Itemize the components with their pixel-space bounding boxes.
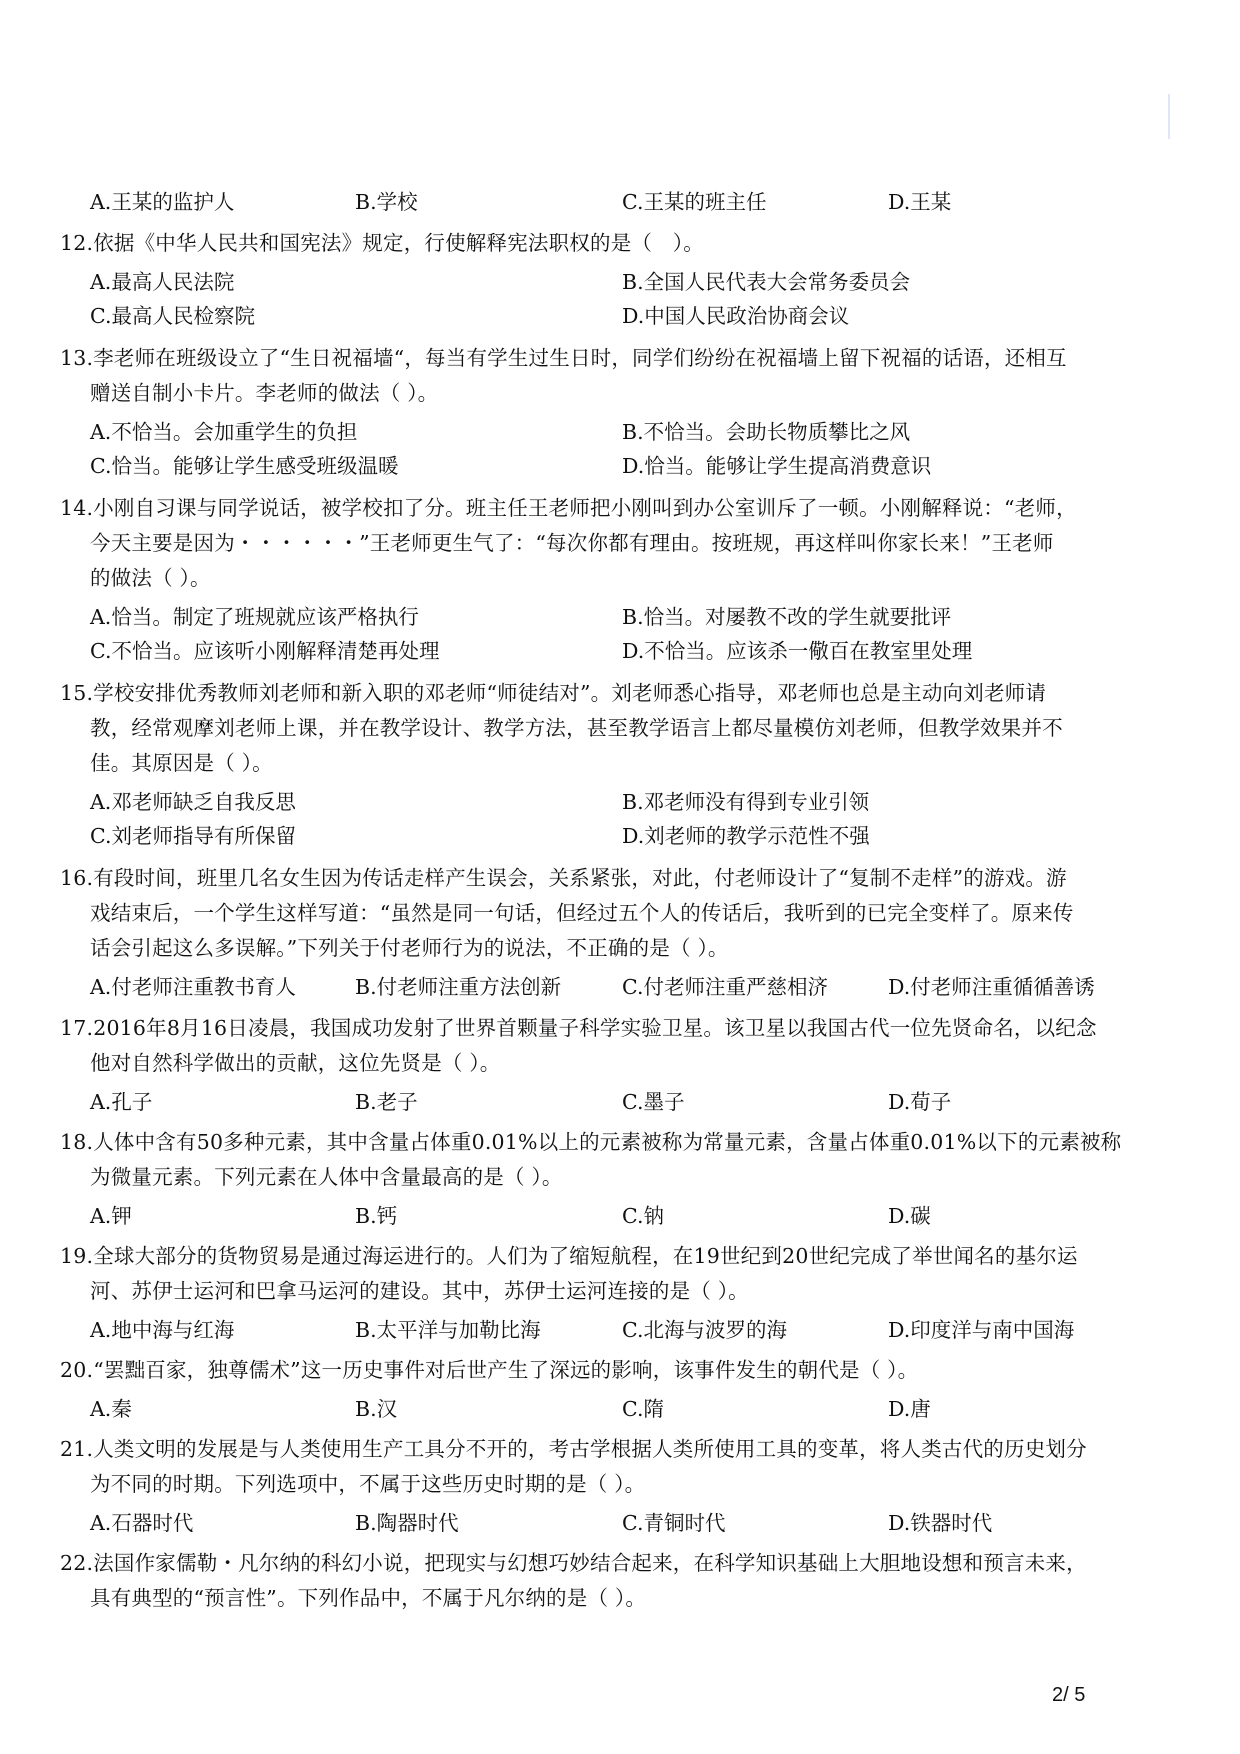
option-d: D.碳 <box>888 1202 931 1230</box>
option-d: D.铁器时代 <box>888 1509 992 1537</box>
option-b: B.付老师注重方法创新 <box>355 973 561 1001</box>
question-stem: 16.有段时间，班里几名女生因为传话走样产生误会，关系紧张，对此，付老师设计了“… <box>60 864 1067 892</box>
question-stem: 19.全球大部分的货物贸易是通过海运进行的。人们为了缩短航程，在19世纪到20世… <box>60 1242 1078 1270</box>
option-d: D.不恰当。应该杀一儆百在教室里处理 <box>622 637 972 665</box>
question-stem: 20.“罢黜百家，独尊儒术”这一历史事件对后世产生了深远的影响，该事件发生的朝代… <box>60 1356 918 1384</box>
question-stem-cont: 今天主要是因为・・・・・・”王老师更生气了：“每次你都有理由。按班规，再这样叫你… <box>90 529 1054 557</box>
option-a: A.邓老师缺乏自我反思 <box>90 788 296 816</box>
option-b: B.不恰当。会助长物质攀比之风 <box>622 418 910 446</box>
question-stem-cont: 教，经常观摩刘老师上课，并在教学设计、教学方法，甚至教学语言上都尽量模仿刘老师，… <box>90 714 1063 742</box>
option-c: C.恰当。能够让学生感受班级温暖 <box>90 452 398 480</box>
option-b: B.陶器时代 <box>355 1509 459 1537</box>
option-a: A.最高人民法院 <box>90 268 234 296</box>
question-stem: 18.人体中含有50多种元素，其中含量占体重0.01%以上的元素被称为常量元素，… <box>60 1128 1121 1156</box>
option-c: C.刘老师指导有所保留 <box>90 822 296 850</box>
question-stem: 15.学校安排优秀教师刘老师和新入职的邓老师“师徒结对”。刘老师悉心指导，邓老师… <box>60 679 1046 707</box>
option-c: C.付老师注重严慈相济 <box>622 973 828 1001</box>
option-b: B.全国人民代表大会常务委员会 <box>622 268 910 296</box>
option-c: C.青铜时代 <box>622 1509 725 1537</box>
option-a: A.石器时代 <box>90 1509 193 1537</box>
option-c: C.钠 <box>622 1202 664 1230</box>
question-stem-cont: 佳。其原因是（ ）。 <box>90 749 273 777</box>
option-d: D.王某 <box>888 188 951 216</box>
question-stem: 21.人类文明的发展是与人类使用生产工具分不开的，考古学根据人类所使用工具的变革… <box>60 1435 1087 1463</box>
question-stem-cont: 赠送自制小卡片。李老师的做法（ ）。 <box>90 379 438 407</box>
scan-edge-mark <box>1168 94 1170 139</box>
option-c: C.北海与波罗的海 <box>622 1316 787 1344</box>
question-stem: 22.法国作家儒勒・凡尔纳的科幻小说，把现实与幻想巧妙结合起来，在科学知识基础上… <box>60 1549 1087 1577</box>
question-stem-cont: 为微量元素。下列元素在人体中含量最高的是（ ）。 <box>90 1163 563 1191</box>
option-a: A.恰当。制定了班规就应该严格执行 <box>90 603 419 631</box>
option-b: B.太平洋与加勒比海 <box>355 1316 541 1344</box>
option-b: B.老子 <box>355 1088 418 1116</box>
question-stem-cont: 话会引起这么多误解。”下列关于付老师行为的说法，不正确的是（ ）。 <box>90 934 729 962</box>
option-d: D.付老师注重循循善诱 <box>888 973 1095 1001</box>
option-c: C.王某的班主任 <box>622 188 766 216</box>
question-stem-cont: 他对自然科学做出的贡献，这位先贤是（ ）。 <box>90 1049 500 1077</box>
question-stem-cont: 为不同的时期。下列选项中，不属于这些历史时期的是（ ）。 <box>90 1470 645 1498</box>
question-stem: 14.小刚自习课与同学说话，被学校扣了分。班主任王老师把小刚叫到办公室训斥了一顿… <box>60 494 1077 522</box>
question-stem-cont: 戏结束后，一个学生这样写道：“虽然是同一句话，但经过五个人的传话后，我听到的已完… <box>90 899 1074 927</box>
option-c: C.不恰当。应该听小刚解释清楚再处理 <box>90 637 439 665</box>
option-a: A.王某的监护人 <box>90 188 234 216</box>
question-stem-cont: 具有典型的“预言性”。下列作品中，不属于凡尔纳的是（ ）。 <box>90 1584 646 1612</box>
option-b: B.恰当。对屡教不改的学生就要批评 <box>622 603 951 631</box>
option-d: D.荀子 <box>888 1088 951 1116</box>
option-a: A.孔子 <box>90 1088 152 1116</box>
question-stem-cont: 的做法（ ）。 <box>90 564 211 592</box>
option-a: A.钾 <box>90 1202 132 1230</box>
question-stem: 17.2016年8月16日凌晨，我国成功发射了世界首颗量子科学实验卫星。该卫星以… <box>60 1014 1097 1042</box>
option-b: B.学校 <box>355 188 418 216</box>
option-c: C.墨子 <box>622 1088 684 1116</box>
option-a: A.地中海与红海 <box>90 1316 234 1344</box>
option-b: B.汉 <box>355 1395 397 1423</box>
option-c: C.最高人民检察院 <box>90 302 255 330</box>
option-a: A.付老师注重教书育人 <box>90 973 296 1001</box>
option-d: D.中国人民政治协商会议 <box>622 302 849 330</box>
option-b: B.邓老师没有得到专业引领 <box>622 788 869 816</box>
exam-page: A.王某的监护人 B.学校 C.王某的班主任 D.王某 12.依据《中华人民共和… <box>0 0 1240 1754</box>
option-d: D.刘老师的教学示范性不强 <box>622 822 870 850</box>
question-stem-cont: 河、苏伊士运河和巴拿马运河的建设。其中，苏伊士运河连接的是（ ）。 <box>90 1277 749 1305</box>
question-stem: 13.李老师在班级设立了“生日祝福墙“，每当有学生过生日时，同学们纷纷在祝福墙上… <box>60 344 1067 372</box>
page-number: 2/ 5 <box>1052 1684 1085 1707</box>
option-b: B.钙 <box>355 1202 397 1230</box>
option-a: A.不恰当。会加重学生的负担 <box>90 418 357 446</box>
option-a: A.秦 <box>90 1395 132 1423</box>
option-d: D.恰当。能够让学生提高消费意识 <box>622 452 931 480</box>
option-c: C.隋 <box>622 1395 664 1423</box>
question-stem: 12.依据《中华人民共和国宪法》规定，行使解释宪法职权的是（ ）。 <box>60 229 704 257</box>
option-d: D.唐 <box>888 1395 931 1423</box>
option-d: D.印度洋与南中国海 <box>888 1316 1074 1344</box>
